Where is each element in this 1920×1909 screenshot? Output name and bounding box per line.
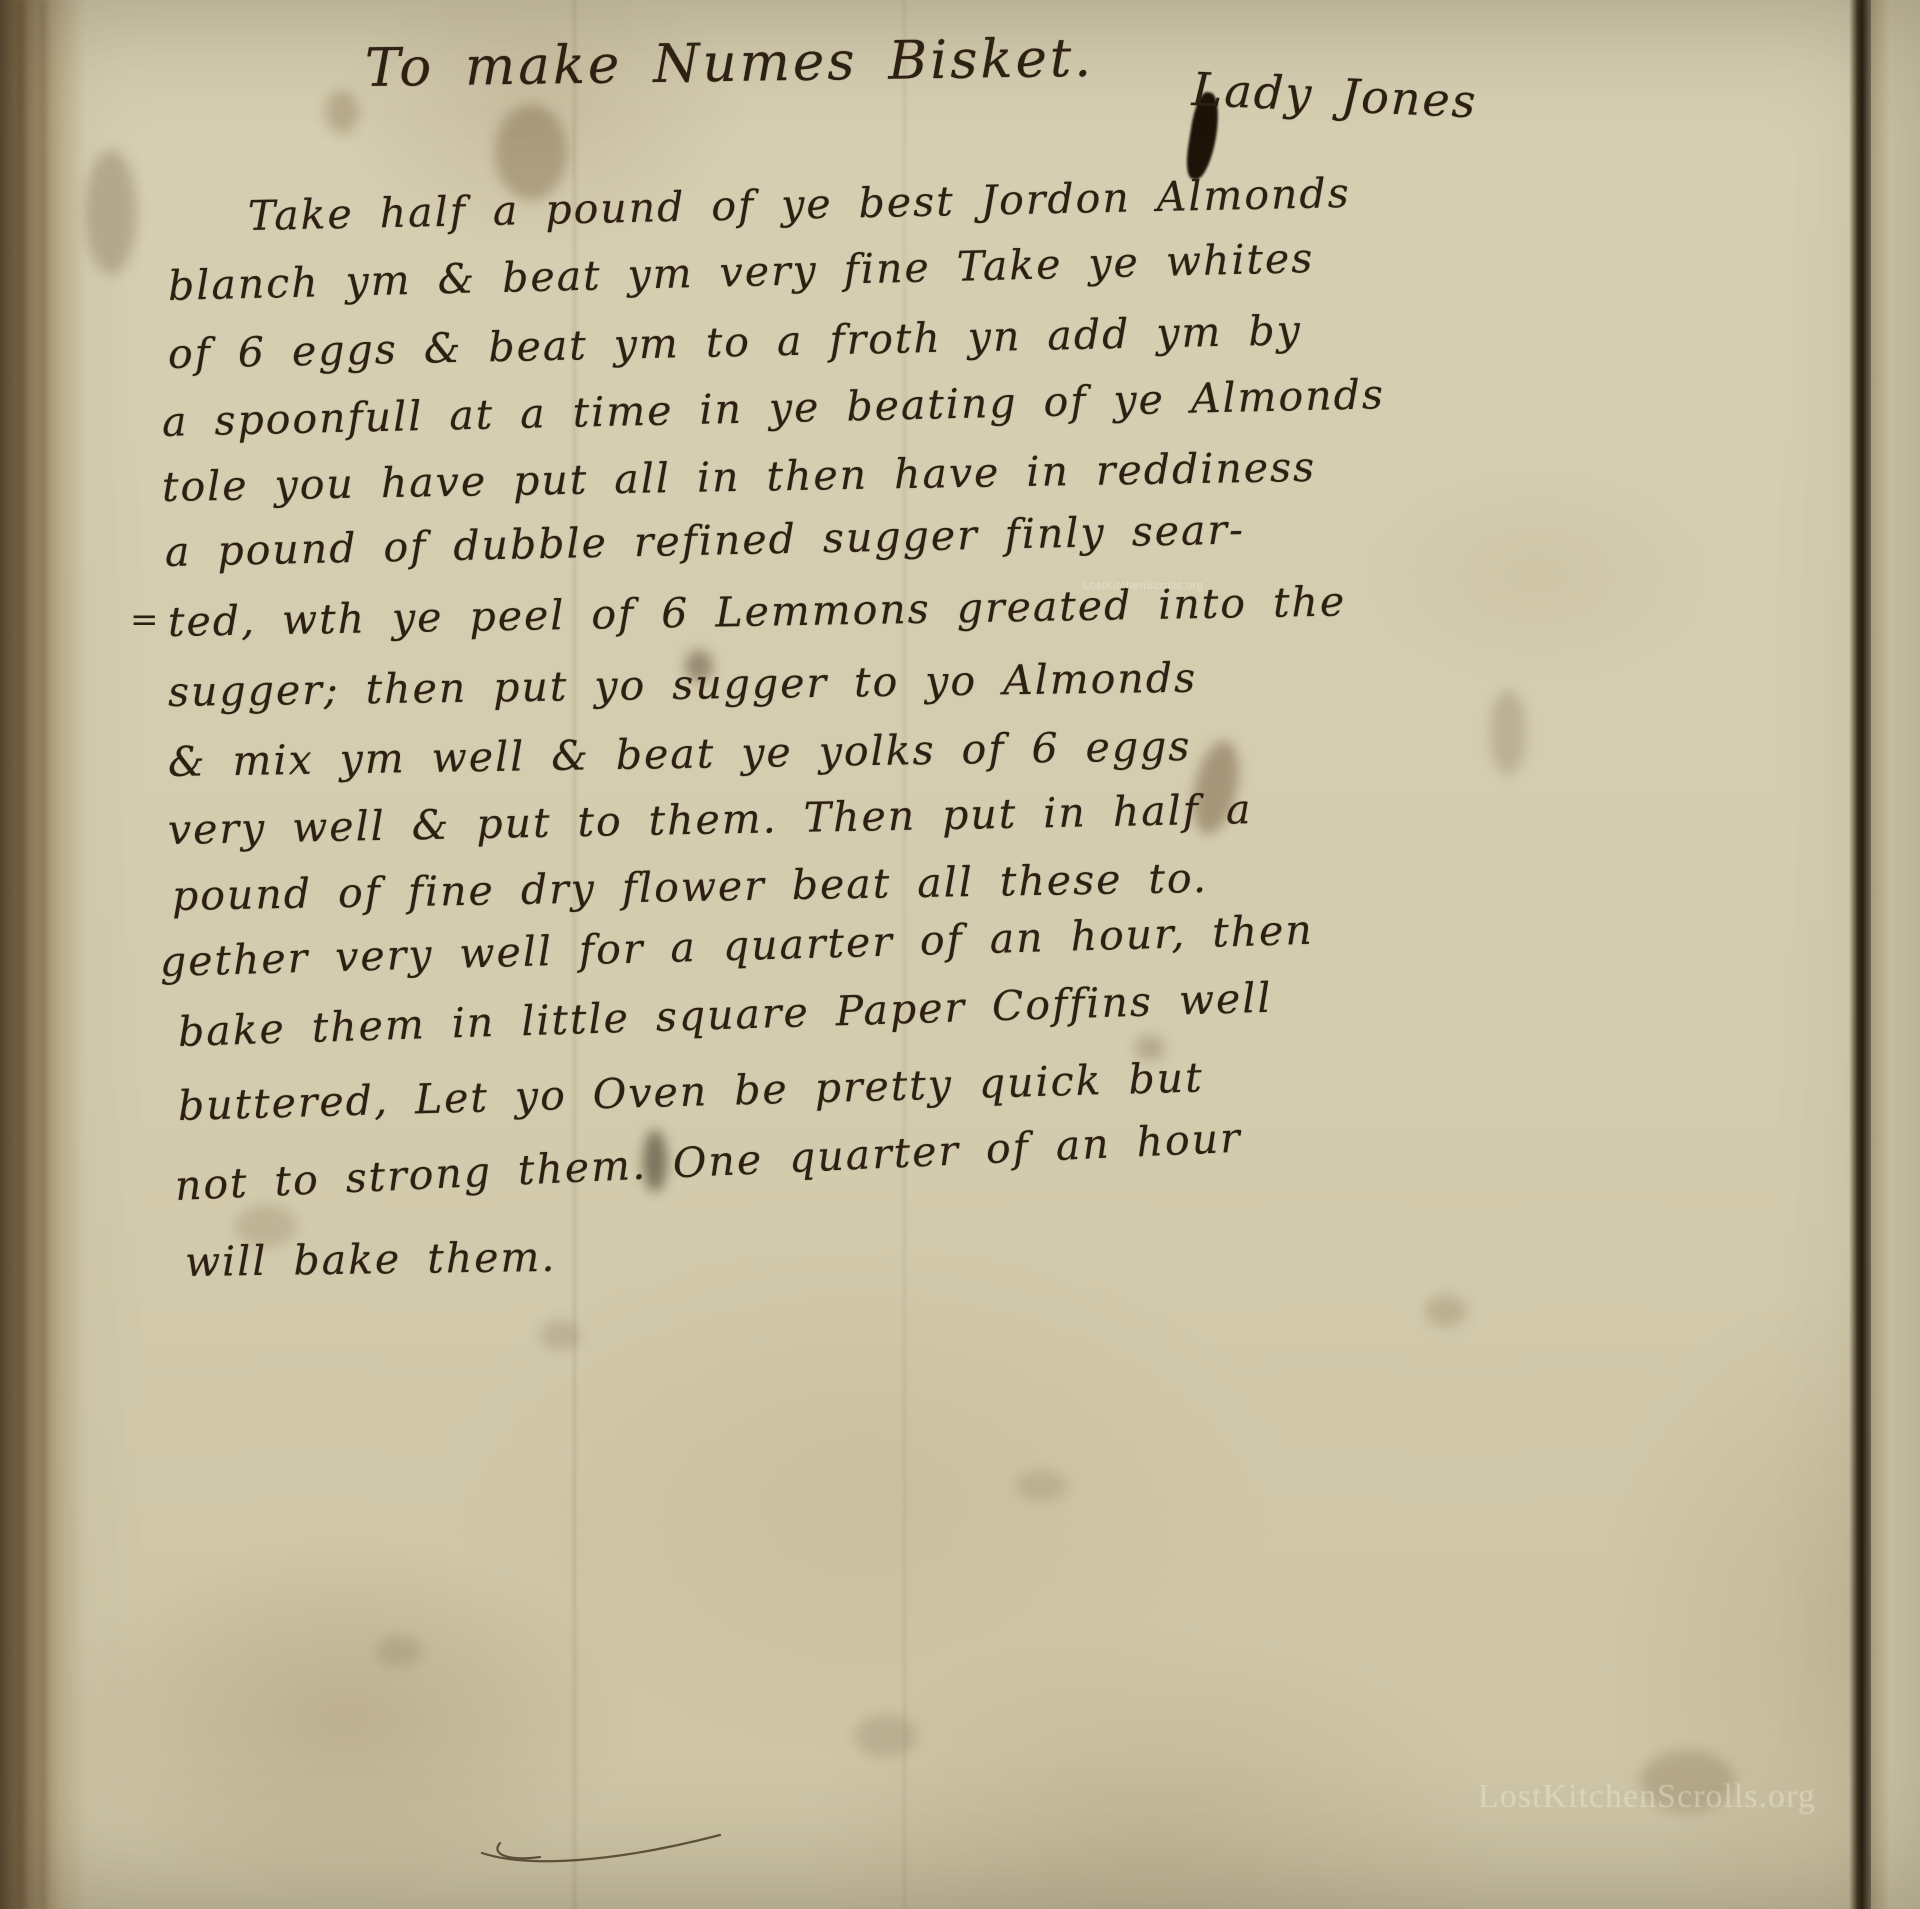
manuscript-scan: To make Numes Bisket. Lady Jones = Take … <box>0 0 1920 1909</box>
spine-streak <box>18 0 24 1909</box>
paper-stain <box>325 90 359 134</box>
paper-stain <box>855 1715 917 1757</box>
paper-stain <box>85 150 137 275</box>
paper-stain <box>1015 1470 1067 1502</box>
paper-stain <box>540 1320 580 1350</box>
spine-streak <box>40 0 46 1909</box>
next-page-edge <box>1871 0 1920 1909</box>
manuscript-line: will bake them. <box>185 1233 557 1286</box>
paper-stain <box>1425 1295 1467 1327</box>
recipe-title: To make Numes Bisket. <box>365 28 1095 99</box>
site-watermark-small: LostKitchenScrolls.org <box>1083 580 1203 592</box>
margin-continuation-mark: = <box>130 600 159 640</box>
paper-stain <box>1490 690 1526 775</box>
site-watermark: LostKitchenScrolls.org <box>1478 1778 1816 1816</box>
page-gap <box>1849 0 1871 1909</box>
paper-stain <box>375 1635 423 1667</box>
pen-flourish <box>470 1805 750 1875</box>
